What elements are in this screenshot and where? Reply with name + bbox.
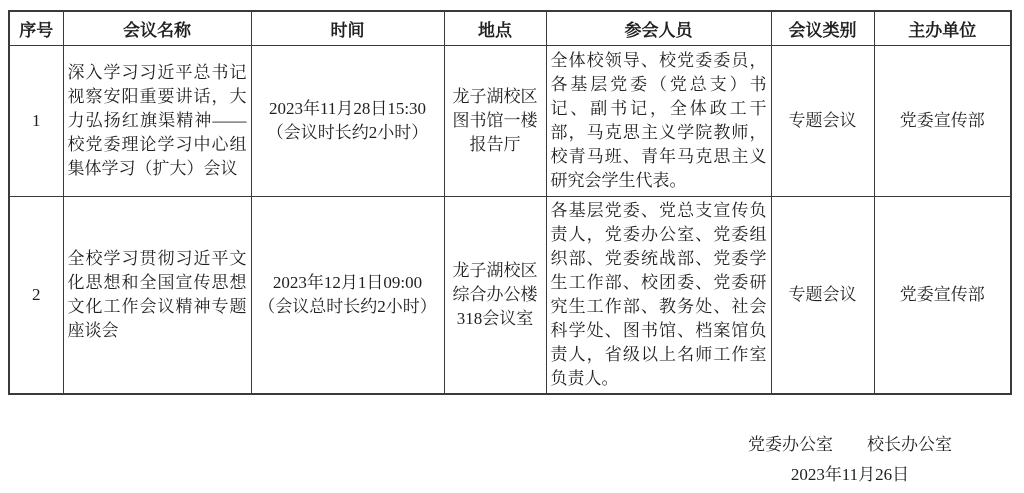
document-footer: 党委办公室 校长办公室 2023年11月26日 bbox=[700, 430, 1000, 490]
header-cell-participants: 参会人员 bbox=[546, 11, 771, 45]
table-row: 2 全校学习贯彻习近平文化思想和全国宣传思想文化工作会议精神专题座谈会 2023… bbox=[9, 196, 1011, 394]
document-page: 序号 会议名称 时间 地点 参会人员 会议类别 主办单位 1 深入学习习近平总书… bbox=[0, 0, 1024, 493]
footer-date: 2023年11月26日 bbox=[700, 460, 1000, 490]
cell-type: 专题会议 bbox=[771, 45, 874, 196]
header-cell-type: 会议类别 bbox=[771, 11, 874, 45]
cell-time: 2023年12月1日09:00 （会议总时长约2小时） bbox=[251, 196, 444, 394]
meeting-schedule-table: 序号 会议名称 时间 地点 参会人员 会议类别 主办单位 1 深入学习习近平总书… bbox=[8, 10, 1012, 395]
cell-no: 2 bbox=[9, 196, 63, 394]
header-cell-organizer: 主办单位 bbox=[874, 11, 1011, 45]
cell-organizer: 党委宣传部 bbox=[874, 196, 1011, 394]
cell-type: 专题会议 bbox=[771, 196, 874, 394]
header-cell-no: 序号 bbox=[9, 11, 63, 45]
table-header-row: 序号 会议名称 时间 地点 参会人员 会议类别 主办单位 bbox=[9, 11, 1011, 45]
cell-participants: 各基层党委、党总支宣传负责人，党委办公室、党委组织部、党委统战部、党委学生工作部… bbox=[546, 196, 771, 394]
cell-meeting-name: 深入学习习近平总书记视察安阳重要讲话，大力弘扬红旗渠精神——校党委理论学习中心组… bbox=[63, 45, 251, 196]
cell-organizer: 党委宣传部 bbox=[874, 45, 1011, 196]
header-cell-meeting-name: 会议名称 bbox=[63, 11, 251, 45]
footer-signature: 党委办公室 校长办公室 bbox=[700, 430, 1000, 460]
cell-no: 1 bbox=[9, 45, 63, 196]
cell-time: 2023年11月28日15:30 （会议时长约2小时） bbox=[251, 45, 444, 196]
cell-location: 龙子湖校区综合办公楼318会议室 bbox=[444, 196, 546, 394]
header-cell-time: 时间 bbox=[251, 11, 444, 45]
header-cell-location: 地点 bbox=[444, 11, 546, 45]
cell-location: 龙子湖校区图书馆一楼报告厅 bbox=[444, 45, 546, 196]
cell-participants: 全体校领导、校党委委员，各基层党委（党总支）书记、副书记，全体政工干部，马克思主… bbox=[546, 45, 771, 196]
table-row: 1 深入学习习近平总书记视察安阳重要讲话，大力弘扬红旗渠精神——校党委理论学习中… bbox=[9, 45, 1011, 196]
cell-meeting-name: 全校学习贯彻习近平文化思想和全国宣传思想文化工作会议精神专题座谈会 bbox=[63, 196, 251, 394]
